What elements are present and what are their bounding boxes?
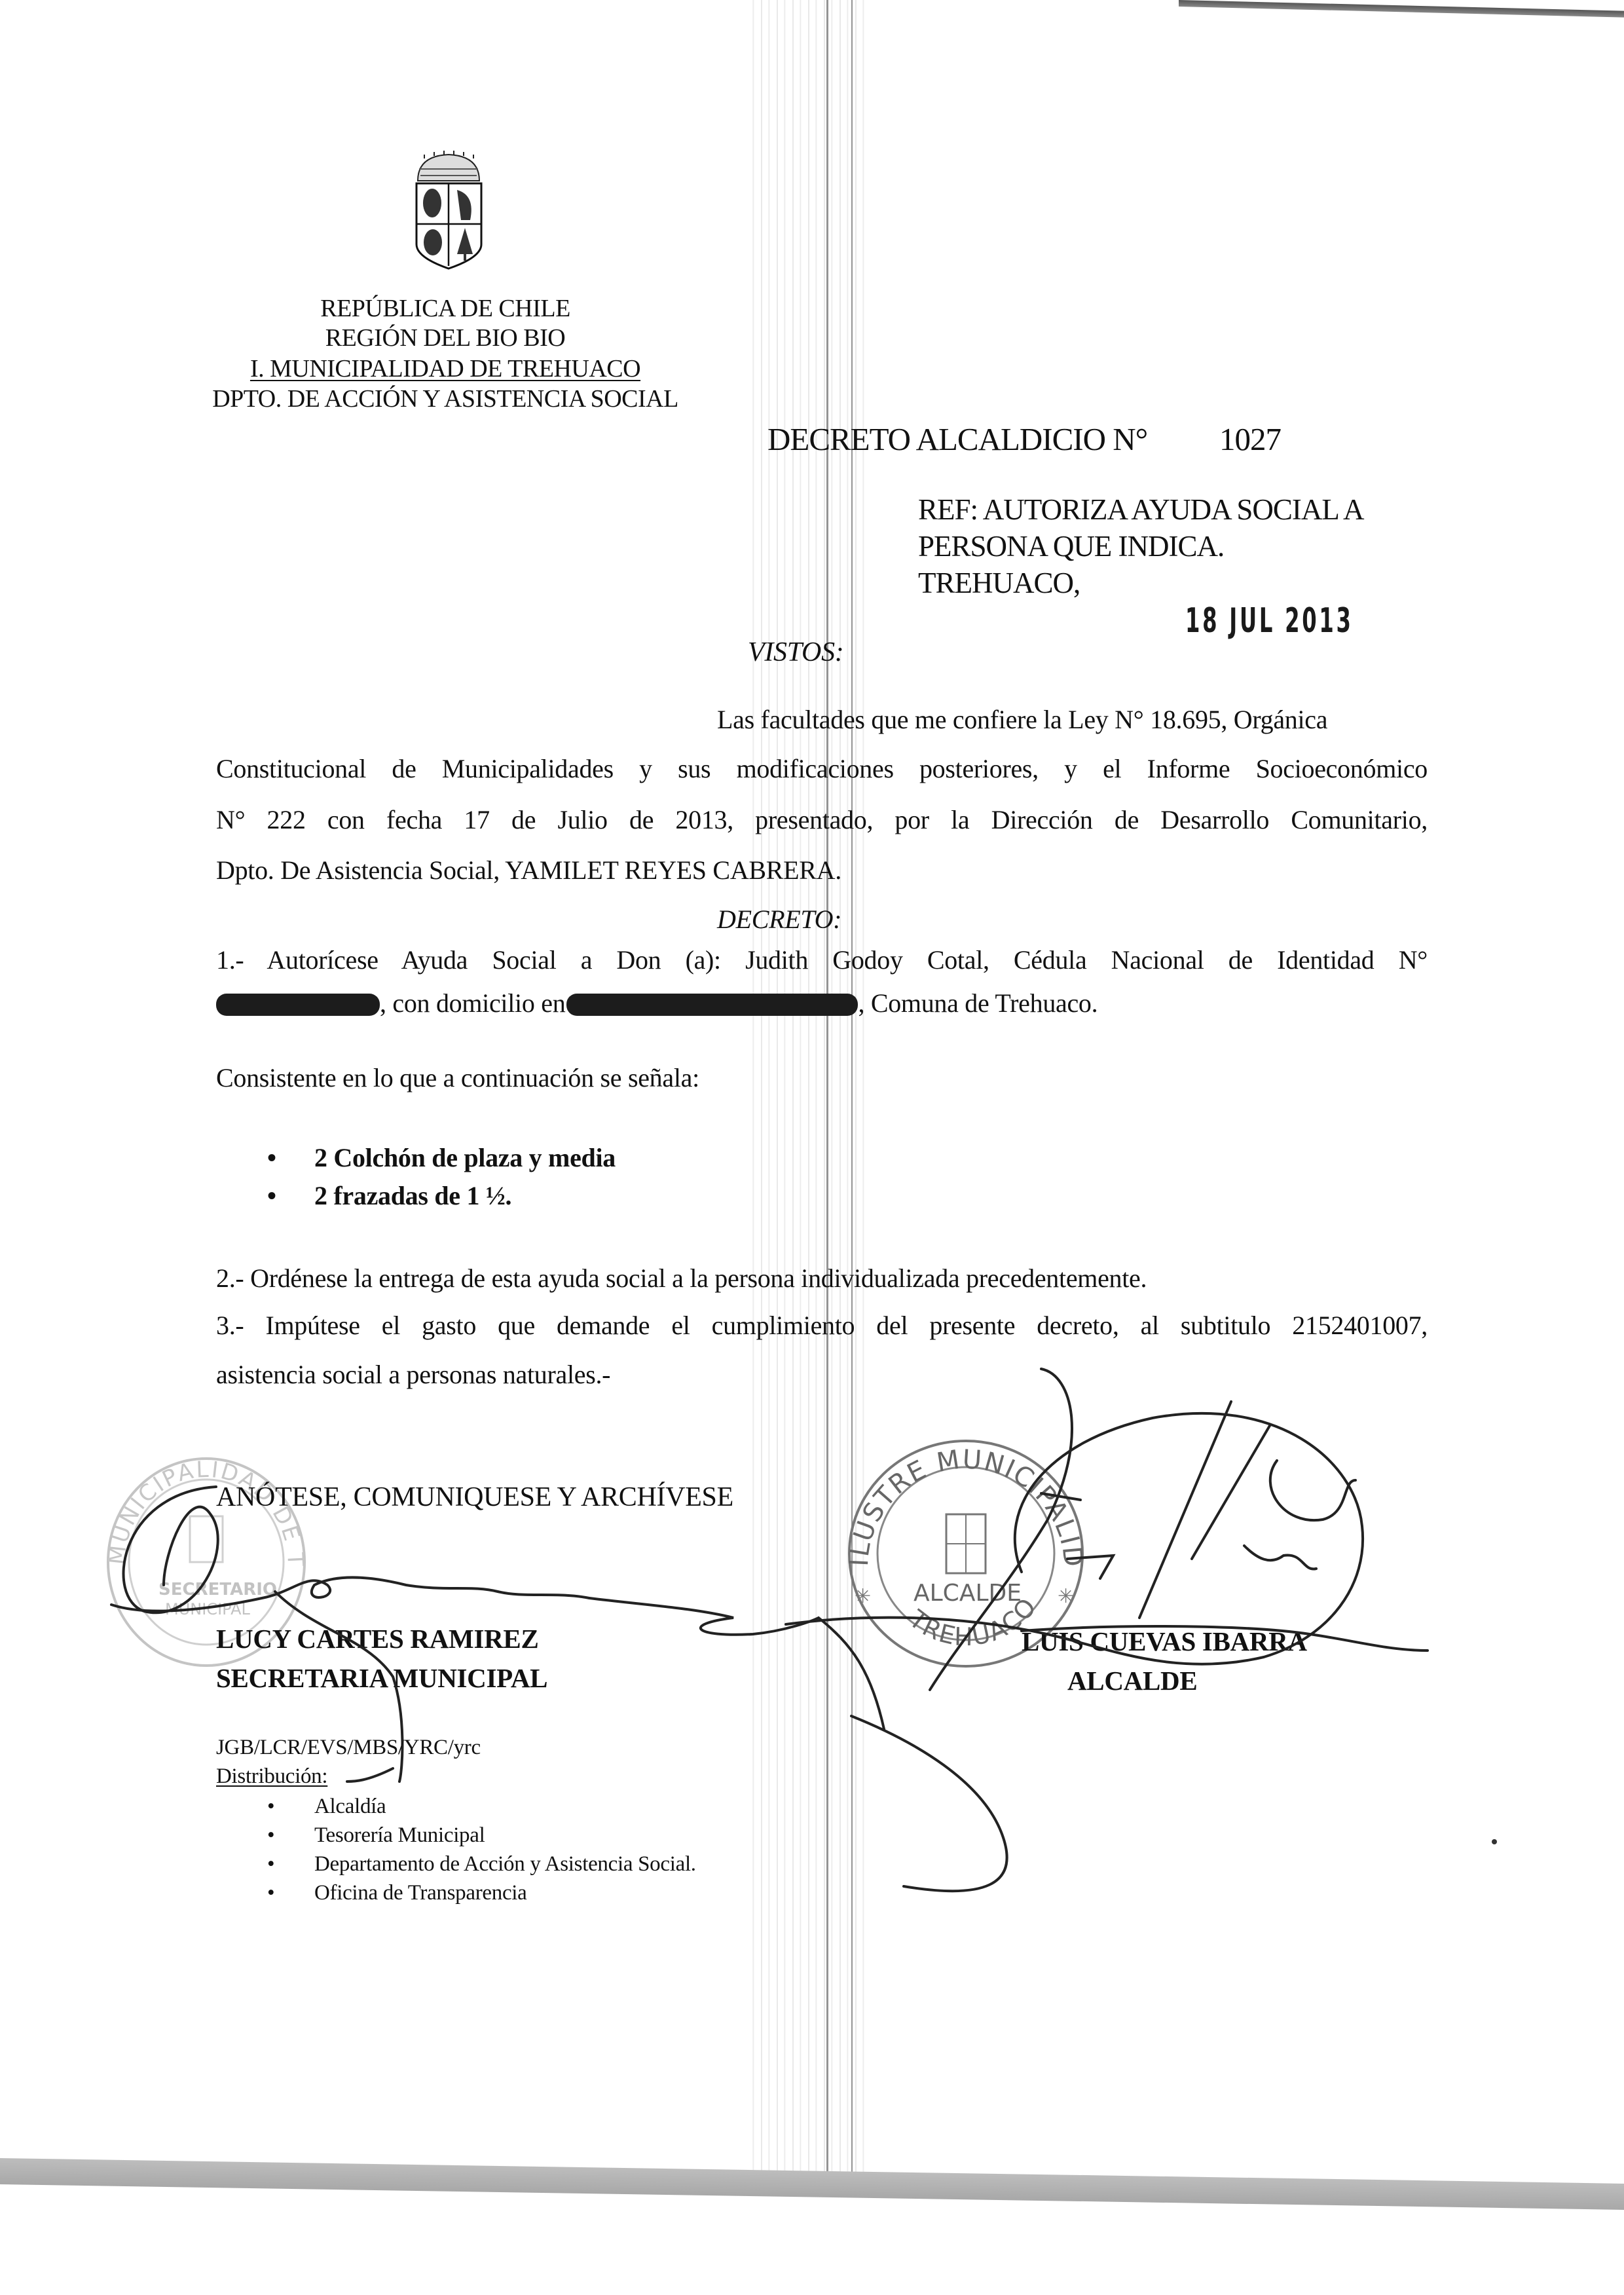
scan-artifact-bottom	[0, 2158, 1624, 2210]
svg-text:ILUSTRE MUNICIPALIDAD: ILUSTRE MUNICIPALIDAD	[841, 1429, 1088, 1569]
distribution-label: Distribución:	[216, 1764, 327, 1789]
mayor-title: ALCALDE	[1067, 1665, 1197, 1696]
scan-artifact-top	[1179, 0, 1624, 18]
scan-line	[851, 0, 853, 2181]
aid-item: 2 Colchón de plaza y media	[314, 1142, 616, 1173]
vistos-line-1: Las facultades que me confiere la Ley N°…	[717, 704, 1327, 735]
secretary-name: LUCY CARTES RAMIREZ	[216, 1623, 539, 1654]
secretary-title: SECRETARIA MUNICIPAL	[216, 1662, 547, 1694]
date-stamp: 18 JUL 2013	[1185, 601, 1354, 641]
scan-line	[826, 0, 828, 2181]
initials: JGB/LCR/EVS/MBS/YRC/yrc	[216, 1736, 481, 1760]
ref-line-2: PERSONA QUE INDICA.	[918, 529, 1224, 563]
closing-formula: ANÓTESE, COMUNIQUESE Y ARCHÍVESE	[216, 1482, 733, 1513]
consistente-text: Consistente en lo que a continuación se …	[216, 1062, 699, 1093]
header-country: REPÚBLICA DE CHILE	[183, 296, 707, 321]
vistos-line-4: Dpto. De Asistencia Social, YAMILET REYE…	[216, 855, 841, 886]
scan-streaks	[747, 0, 864, 2181]
distribution-item: Departamento de Acción y Asistencia Soci…	[314, 1852, 696, 1876]
svg-text:✳: ✳	[1058, 1586, 1074, 1607]
header-municipality: I. MUNICIPALIDAD DE TREHUACO	[183, 356, 707, 381]
header-department: DPTO. DE ACCIÓN Y ASISTENCIA SOCIAL	[183, 386, 707, 411]
coat-of-arms-icon	[405, 149, 493, 271]
item1-line-1: 1.- Autorícese Ayuda Social a Don (a): J…	[216, 944, 1428, 975]
distribution-item: Oficina de Transparencia	[314, 1881, 527, 1905]
distribution-item: Alcaldía	[314, 1795, 386, 1819]
item2-text: 2.- Ordénese la entrega de esta ayuda so…	[216, 1263, 1147, 1294]
svg-text:MUNICIPAL: MUNICIPAL	[165, 1600, 250, 1618]
header-region: REGIÓN DEL BIO BIO	[183, 326, 707, 350]
ref-place: TREHUACO,	[918, 566, 1080, 600]
distribution-item: Tesorería Municipal	[314, 1823, 485, 1848]
aid-item: 2 frazadas de 1 ½.	[314, 1180, 511, 1211]
decree-number: 1027	[1219, 420, 1281, 458]
svg-text:ALCALDE: ALCALDE	[913, 1580, 1022, 1607]
item3-line-2: asistencia social a personas naturales.-	[216, 1359, 610, 1390]
decree-title: DECRETO ALCALDICIO N°	[767, 420, 1147, 458]
redacted-address	[566, 994, 858, 1016]
svg-text:SECRETARIO: SECRETARIO	[158, 1580, 277, 1599]
redacted-id-number	[216, 994, 380, 1016]
vistos-line-2: Constitucional de Municipalidades y sus …	[216, 753, 1428, 784]
vistos-heading: VISTOS:	[748, 637, 843, 668]
item3-line-1: 3.- Impútese el gasto que demande el cum…	[216, 1310, 1428, 1341]
svg-text:✳: ✳	[855, 1586, 871, 1607]
vistos-line-3: N° 222 con fecha 17 de Julio de 2013, pr…	[216, 804, 1428, 835]
ref-line-1: REF: AUTORIZA AYUDA SOCIAL A	[918, 493, 1363, 527]
mayor-name: LUIS CUEVAS IBARRA	[1022, 1626, 1307, 1657]
item1-line-2: , con domicilio en, Comuna de Trehuaco.	[216, 988, 1098, 1018]
decreto-heading: DECRETO:	[717, 904, 841, 935]
